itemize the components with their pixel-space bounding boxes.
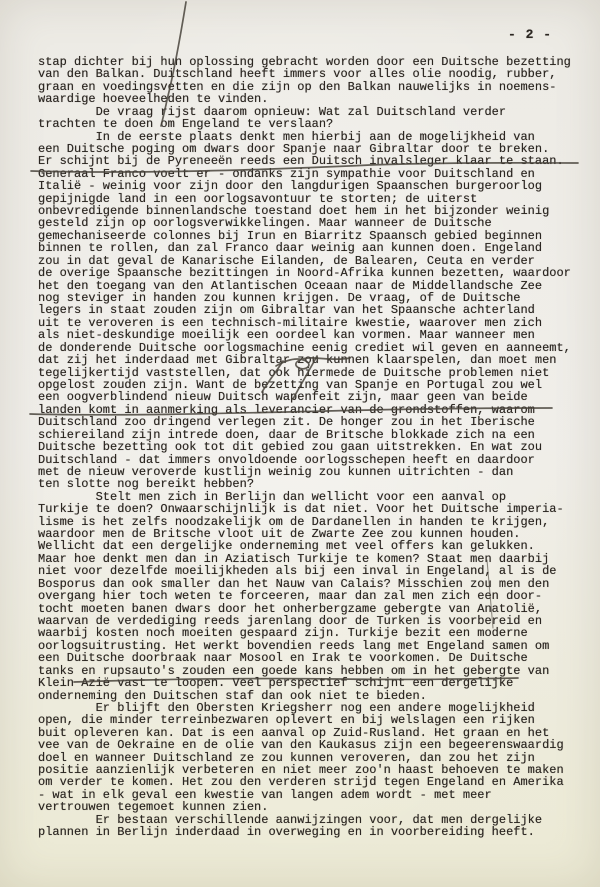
- text-line: van den Balkan. Duitschland heeft immers…: [38, 68, 594, 80]
- text-line: dat zij het inderdaad met Gibraltar zou …: [38, 354, 594, 366]
- text-line: Turkije te doen? Onwaarschijnlijk is dat…: [38, 503, 594, 515]
- text-line: een oogverblindend nieuw Duitsch wapenfe…: [38, 391, 594, 403]
- text-line: Klein Azië vast te loopen. Veel perspect…: [38, 677, 594, 689]
- document-page: - 2 - stap dichter bij hun oplossing geb…: [0, 0, 600, 887]
- text-line: Duitschland zoo dringend verlegen zit. D…: [38, 416, 594, 428]
- text-line: waarbij kosten noch moeiten gespaard zij…: [38, 627, 594, 639]
- text-line: de overige Spaansche bezittingen in Noor…: [38, 267, 594, 279]
- text-line: Duitsche bezetting ook tot dit gebied zo…: [38, 441, 594, 453]
- text-line: plannen in Berlijn inderdaad in overwegi…: [38, 826, 594, 838]
- text-line: een Duitsche doorbraak naar Mosool en Ir…: [38, 652, 594, 664]
- text-line: Italië - weinig voor zijn door den langd…: [38, 180, 594, 192]
- text-line: Er schijnt bij de Pyreneeën reeds een Du…: [38, 155, 594, 167]
- text-line: vee van de Oekraine en de olie van den K…: [38, 739, 594, 751]
- page-number: - 2 -: [508, 27, 552, 42]
- text-line: trachten te doen om Engeland te verslaan…: [38, 118, 594, 130]
- text-line: binnen te rollen, dan zal Franco daar we…: [38, 242, 594, 254]
- text-line: als niet-deskundige moeilijk een oordeel…: [38, 329, 594, 341]
- text-line: legers in staat zouden zijn om Gibraltar…: [38, 304, 594, 316]
- text-line: open, die minder terreinbezwaren oplever…: [38, 714, 594, 726]
- text-line: niet voor dezelfde moeilijkheden als bij…: [38, 565, 594, 577]
- typewritten-text-block: stap dichter bij hun oplossing gebracht …: [38, 56, 594, 839]
- text-line: ten slotte nog bereikt hebben?: [38, 478, 594, 490]
- text-line: overgang hier toch weten te forceeren, m…: [38, 590, 594, 602]
- text-line: waardige hoeveelheden te vinden.: [38, 93, 594, 105]
- text-line: Wellicht dat een dergelijke onderneming …: [38, 540, 594, 552]
- text-line: vertrouwen tegemoet kunnen zien.: [38, 801, 594, 813]
